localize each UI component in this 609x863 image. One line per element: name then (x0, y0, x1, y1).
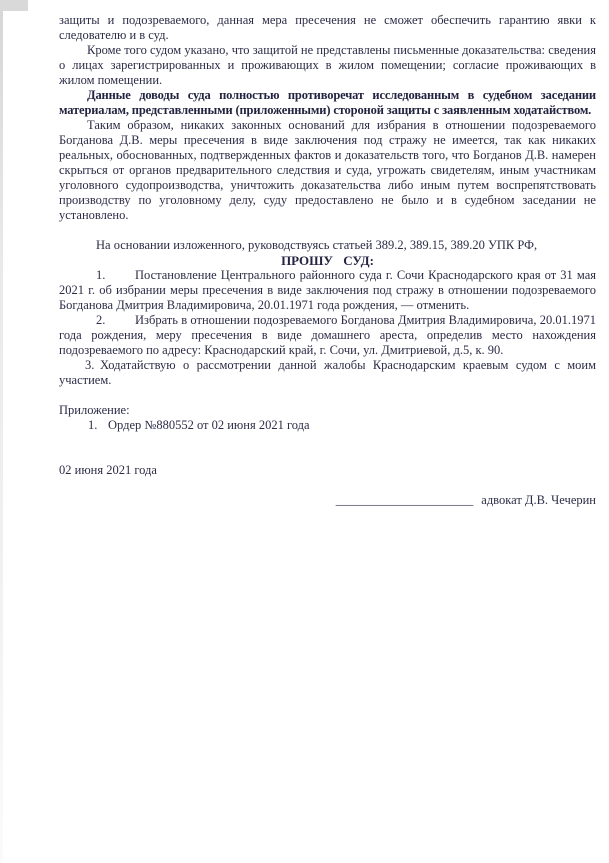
attachment-item-1: 1.Ордер №880552 от 02 июня 2021 года (59, 418, 596, 433)
paragraph-defense-objection: Данные доводы суда полностью противореча… (59, 88, 596, 118)
attachment-item-1-text: Ордер №880552 от 02 июня 2021 года (108, 418, 310, 432)
signature-blank-line: ______________________ (336, 493, 474, 507)
scanned-legal-document-page: защиты и подозреваемого, данная мера пре… (0, 0, 609, 863)
request-item-2-text: Избрать в отношении подозреваемого Богда… (59, 313, 596, 357)
document-body: защиты и подозреваемого, данная мера пре… (59, 13, 596, 508)
request-item-1-text: Постановление Центрального районного суд… (59, 268, 596, 312)
attachment-item-1-number: 1. (88, 418, 108, 433)
request-item-3-number: 3. (85, 358, 100, 373)
signature-row: ______________________адвокат Д.В. Чечер… (59, 493, 596, 508)
document-date: 02 июня 2021 года (59, 463, 596, 478)
attachments-label: Приложение: (59, 403, 596, 418)
request-item-1-number: 1. (96, 268, 135, 283)
signature-name: адвокат Д.В. Чечерин (481, 493, 596, 507)
motion-heading: ПРОШУ СУД: (59, 253, 596, 268)
scan-edge-artifact (0, 0, 3, 863)
paragraph-continuation: защиты и подозреваемого, данная мера пре… (59, 13, 596, 43)
scan-corner-artifact (0, 0, 28, 11)
paragraph-court-findings: Кроме того судом указано, что защитой не… (59, 43, 596, 88)
paragraph-conclusion: Таким образом, никаких законных основани… (59, 118, 596, 223)
request-item-2: 2.Избрать в отношении подозреваемого Бог… (59, 313, 596, 358)
legal-basis-line: На основании изложенного, руководствуясь… (59, 238, 596, 253)
request-item-3-text: Ходатайствую о рассмотрении данной жалоб… (59, 358, 596, 387)
request-item-2-number: 2. (96, 313, 135, 328)
request-item-1: 1.Постановление Центрального районного с… (59, 268, 596, 313)
request-item-3: 3.Ходатайствую о рассмотрении данной жал… (59, 358, 596, 388)
